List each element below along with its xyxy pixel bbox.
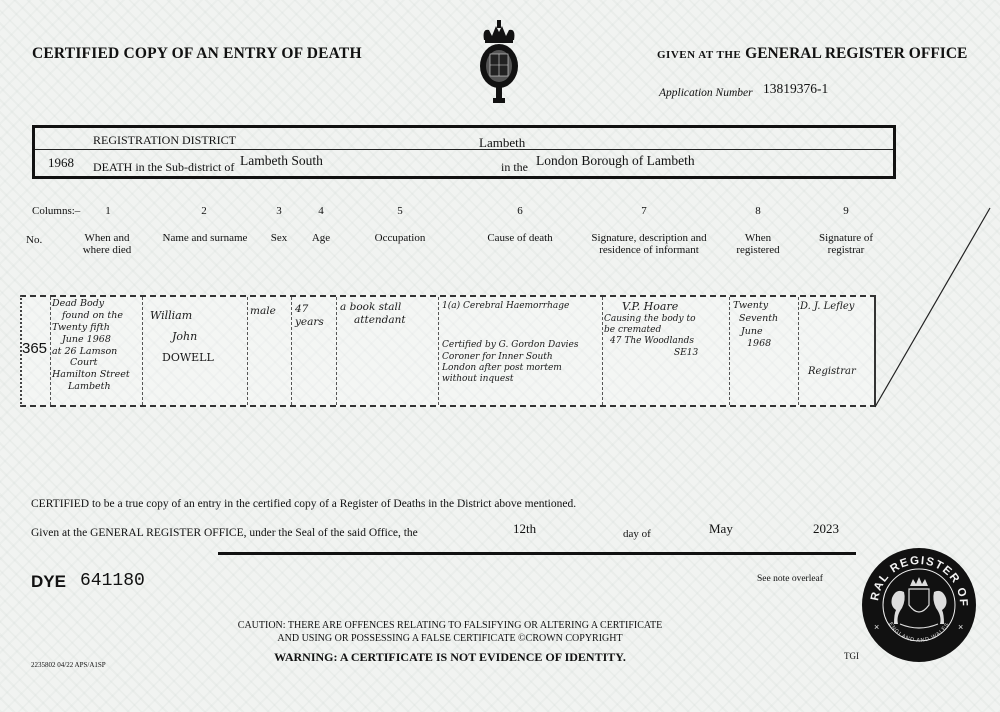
handwritten-line: attendant [340, 314, 435, 327]
column-divider [50, 297, 51, 405]
column-divider [729, 297, 730, 405]
svg-text:×: × [958, 622, 963, 632]
form-reference: 2235802 04/22 APS/A1SP [31, 661, 106, 669]
serial-number: 641180 [80, 571, 145, 591]
handwritten-line: a book stall [340, 301, 435, 314]
certified-statement: CERTIFIED to be a true copy of an entry … [31, 498, 576, 510]
issue-month: May [709, 521, 733, 537]
handwritten-line: D. J. Lefley [800, 301, 872, 314]
column-header-when-where: When and where died [76, 232, 138, 256]
handwritten-line: SE13 [604, 348, 726, 359]
column-header-when-registered: When registered [733, 232, 783, 256]
registration-year: 1968 [48, 155, 74, 171]
handwritten-line: years [295, 316, 335, 329]
handwritten-line: London after post mortem [442, 363, 600, 374]
handwritten-line: DOWELL [150, 348, 240, 369]
column-header-sex: Sex [264, 232, 294, 244]
in-the-label: in the [501, 160, 528, 175]
column-divider [291, 297, 292, 405]
handwritten-line: Twenty [733, 300, 793, 313]
svg-text:×: × [874, 622, 879, 632]
registration-district-label: REGISTRATION DISTRICT [93, 133, 236, 148]
column-number: 1 [100, 205, 116, 217]
handwritten-line: Lambeth [52, 381, 140, 393]
sub-district: Lambeth South [240, 153, 323, 169]
application-number-label: Application Number [659, 87, 753, 99]
column-header-name: Name and surname [155, 232, 255, 244]
see-note-overleaf: See note overleaf [757, 574, 823, 584]
handwritten-line: Hamilton Street [52, 369, 140, 381]
column-divider [602, 297, 603, 405]
given-statement: Given at the GENERAL REGISTER OFFICE, un… [31, 527, 418, 539]
deceased-name: William John DOWELL [150, 306, 240, 369]
registrar-signature: D. J. Lefley Registrar [800, 301, 872, 378]
application-number: 13819376-1 [763, 81, 828, 97]
handwritten-line: 1968 [733, 338, 793, 351]
handwritten-line: 47 The Woodlands [604, 336, 726, 347]
column-header-cause: Cause of death [480, 232, 560, 244]
when-registered: Twenty Seventh June 1968 [733, 300, 793, 351]
column-divider [438, 297, 439, 405]
district-divider [35, 149, 893, 150]
column-number: 9 [838, 205, 854, 217]
column-number: 6 [512, 205, 528, 217]
cause-of-death: 1(a) Cerebral Haemorrhage Certified by G… [442, 301, 600, 385]
tgi-code: TGI [844, 651, 859, 661]
handwritten-line: Dead Body [52, 298, 140, 310]
registration-district: Lambeth [479, 135, 525, 151]
handwritten-line: found on the [52, 310, 140, 322]
column-header-age: Age [306, 232, 336, 244]
sub-district-label: DEATH in the Sub-district of [93, 160, 234, 175]
handwritten-line: Registrar [800, 366, 872, 379]
handwritten-line: be cremated [604, 325, 726, 336]
handwritten-line: June [733, 326, 793, 339]
handwritten-line: 1(a) Cerebral Haemorrhage [442, 301, 600, 312]
general-register-office-seal-icon: GENERAL REGISTER OFFICE ENGLAND AND WALE… [860, 546, 978, 664]
spacer [442, 312, 600, 340]
office-name: GENERAL REGISTER OFFICE [745, 45, 967, 62]
issue-day: 12th [513, 521, 536, 537]
caution-line: CAUTION: THERE ARE OFFENCES RELATING TO … [200, 620, 700, 633]
given-at-prefix: GIVEN AT THE [657, 49, 741, 61]
issue-year: 2023 [813, 521, 839, 537]
column-number: 8 [750, 205, 766, 217]
handwritten-line: 47 [295, 303, 335, 316]
borough: London Borough of Lambeth [536, 153, 695, 169]
serial-prefix: DYE [31, 572, 66, 592]
given-at-heading: GIVEN AT THE GENERAL REGISTER OFFICE [657, 45, 967, 63]
identity-warning: WARNING: A CERTIFICATE IS NOT EVIDENCE O… [200, 650, 700, 665]
column-header-occupation: Occupation [360, 232, 440, 244]
age: 47 years [295, 303, 335, 329]
columns-label: Columns:– [32, 205, 80, 217]
handwritten-line: Certified by G. Gordon Davies [442, 340, 600, 351]
handwritten-line: Seventh [733, 313, 793, 326]
occupation: a book stall attendant [340, 301, 435, 327]
handwritten-line: V.P. Hoare [604, 300, 726, 314]
column-header-informant: Signature, description and residence of … [590, 232, 708, 256]
certificate-title: CERTIFIED COPY OF AN ENTRY OF DEATH [32, 45, 362, 63]
column-number: 3 [271, 205, 287, 217]
signature-rule [218, 552, 856, 555]
caution-line: AND USING OR POSSESSING A FALSE CERTIFIC… [200, 633, 700, 646]
entry-number: 365 [22, 340, 47, 357]
column-number: 4 [313, 205, 329, 217]
handwritten-line: June 1968 [52, 334, 140, 346]
handwritten-line: John [150, 327, 240, 348]
handwritten-line: Causing the body to [604, 314, 726, 325]
handwritten-line: Coroner for Inner South [442, 352, 600, 363]
column-divider [798, 297, 799, 405]
royal-crest-icon [474, 18, 524, 106]
handwritten-line: Court [52, 357, 140, 369]
caution-notice: CAUTION: THERE ARE OFFENCES RELATING TO … [200, 620, 700, 645]
column-divider [247, 297, 248, 405]
spacer [800, 314, 872, 366]
column-number: 7 [636, 205, 652, 217]
when-where-died: Dead Body found on the Twenty fifth June… [52, 298, 140, 393]
column-header-registrar: Signature of registrar [812, 232, 880, 256]
day-of-label: day of [623, 528, 651, 540]
column-number: 5 [392, 205, 408, 217]
handwritten-line: Twenty fifth [52, 322, 140, 334]
handwritten-line: at 26 Lamson [52, 346, 140, 358]
column-divider [142, 297, 143, 405]
handwritten-line: without inquest [442, 374, 600, 385]
sex: male [250, 305, 290, 318]
informant: V.P. Hoare Causing the body to be cremat… [604, 300, 726, 359]
handwritten-line: William [150, 306, 240, 327]
column-header-no: No. [26, 234, 56, 246]
column-number: 2 [196, 205, 212, 217]
column-divider [336, 297, 337, 405]
